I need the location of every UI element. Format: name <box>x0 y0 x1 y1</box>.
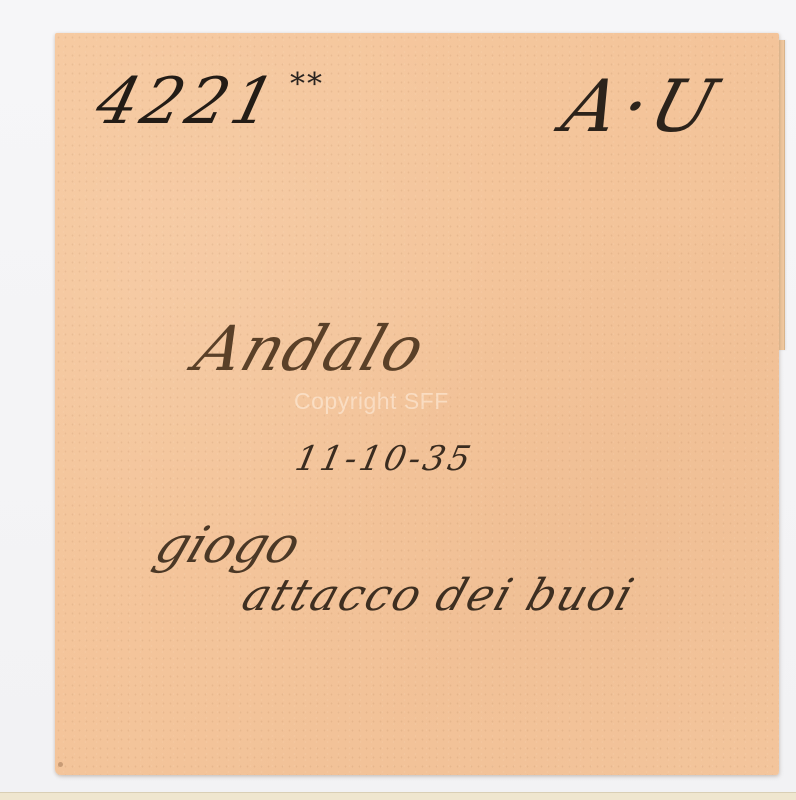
author-initials: A·U <box>556 70 730 142</box>
underlying-sheet-edge <box>0 792 796 800</box>
subject-line-2: attacco dei buoi <box>237 574 640 618</box>
copyright-watermark: Copyright SFF <box>294 388 449 415</box>
catalog-number: 4221 <box>90 70 285 134</box>
place-name: Andalo <box>188 318 433 380</box>
date: 11-10-35 <box>292 442 476 476</box>
catalog-star-marks: ** <box>290 70 324 100</box>
paper-blemish <box>58 762 63 767</box>
subject-line-1: giogo <box>149 520 307 570</box>
